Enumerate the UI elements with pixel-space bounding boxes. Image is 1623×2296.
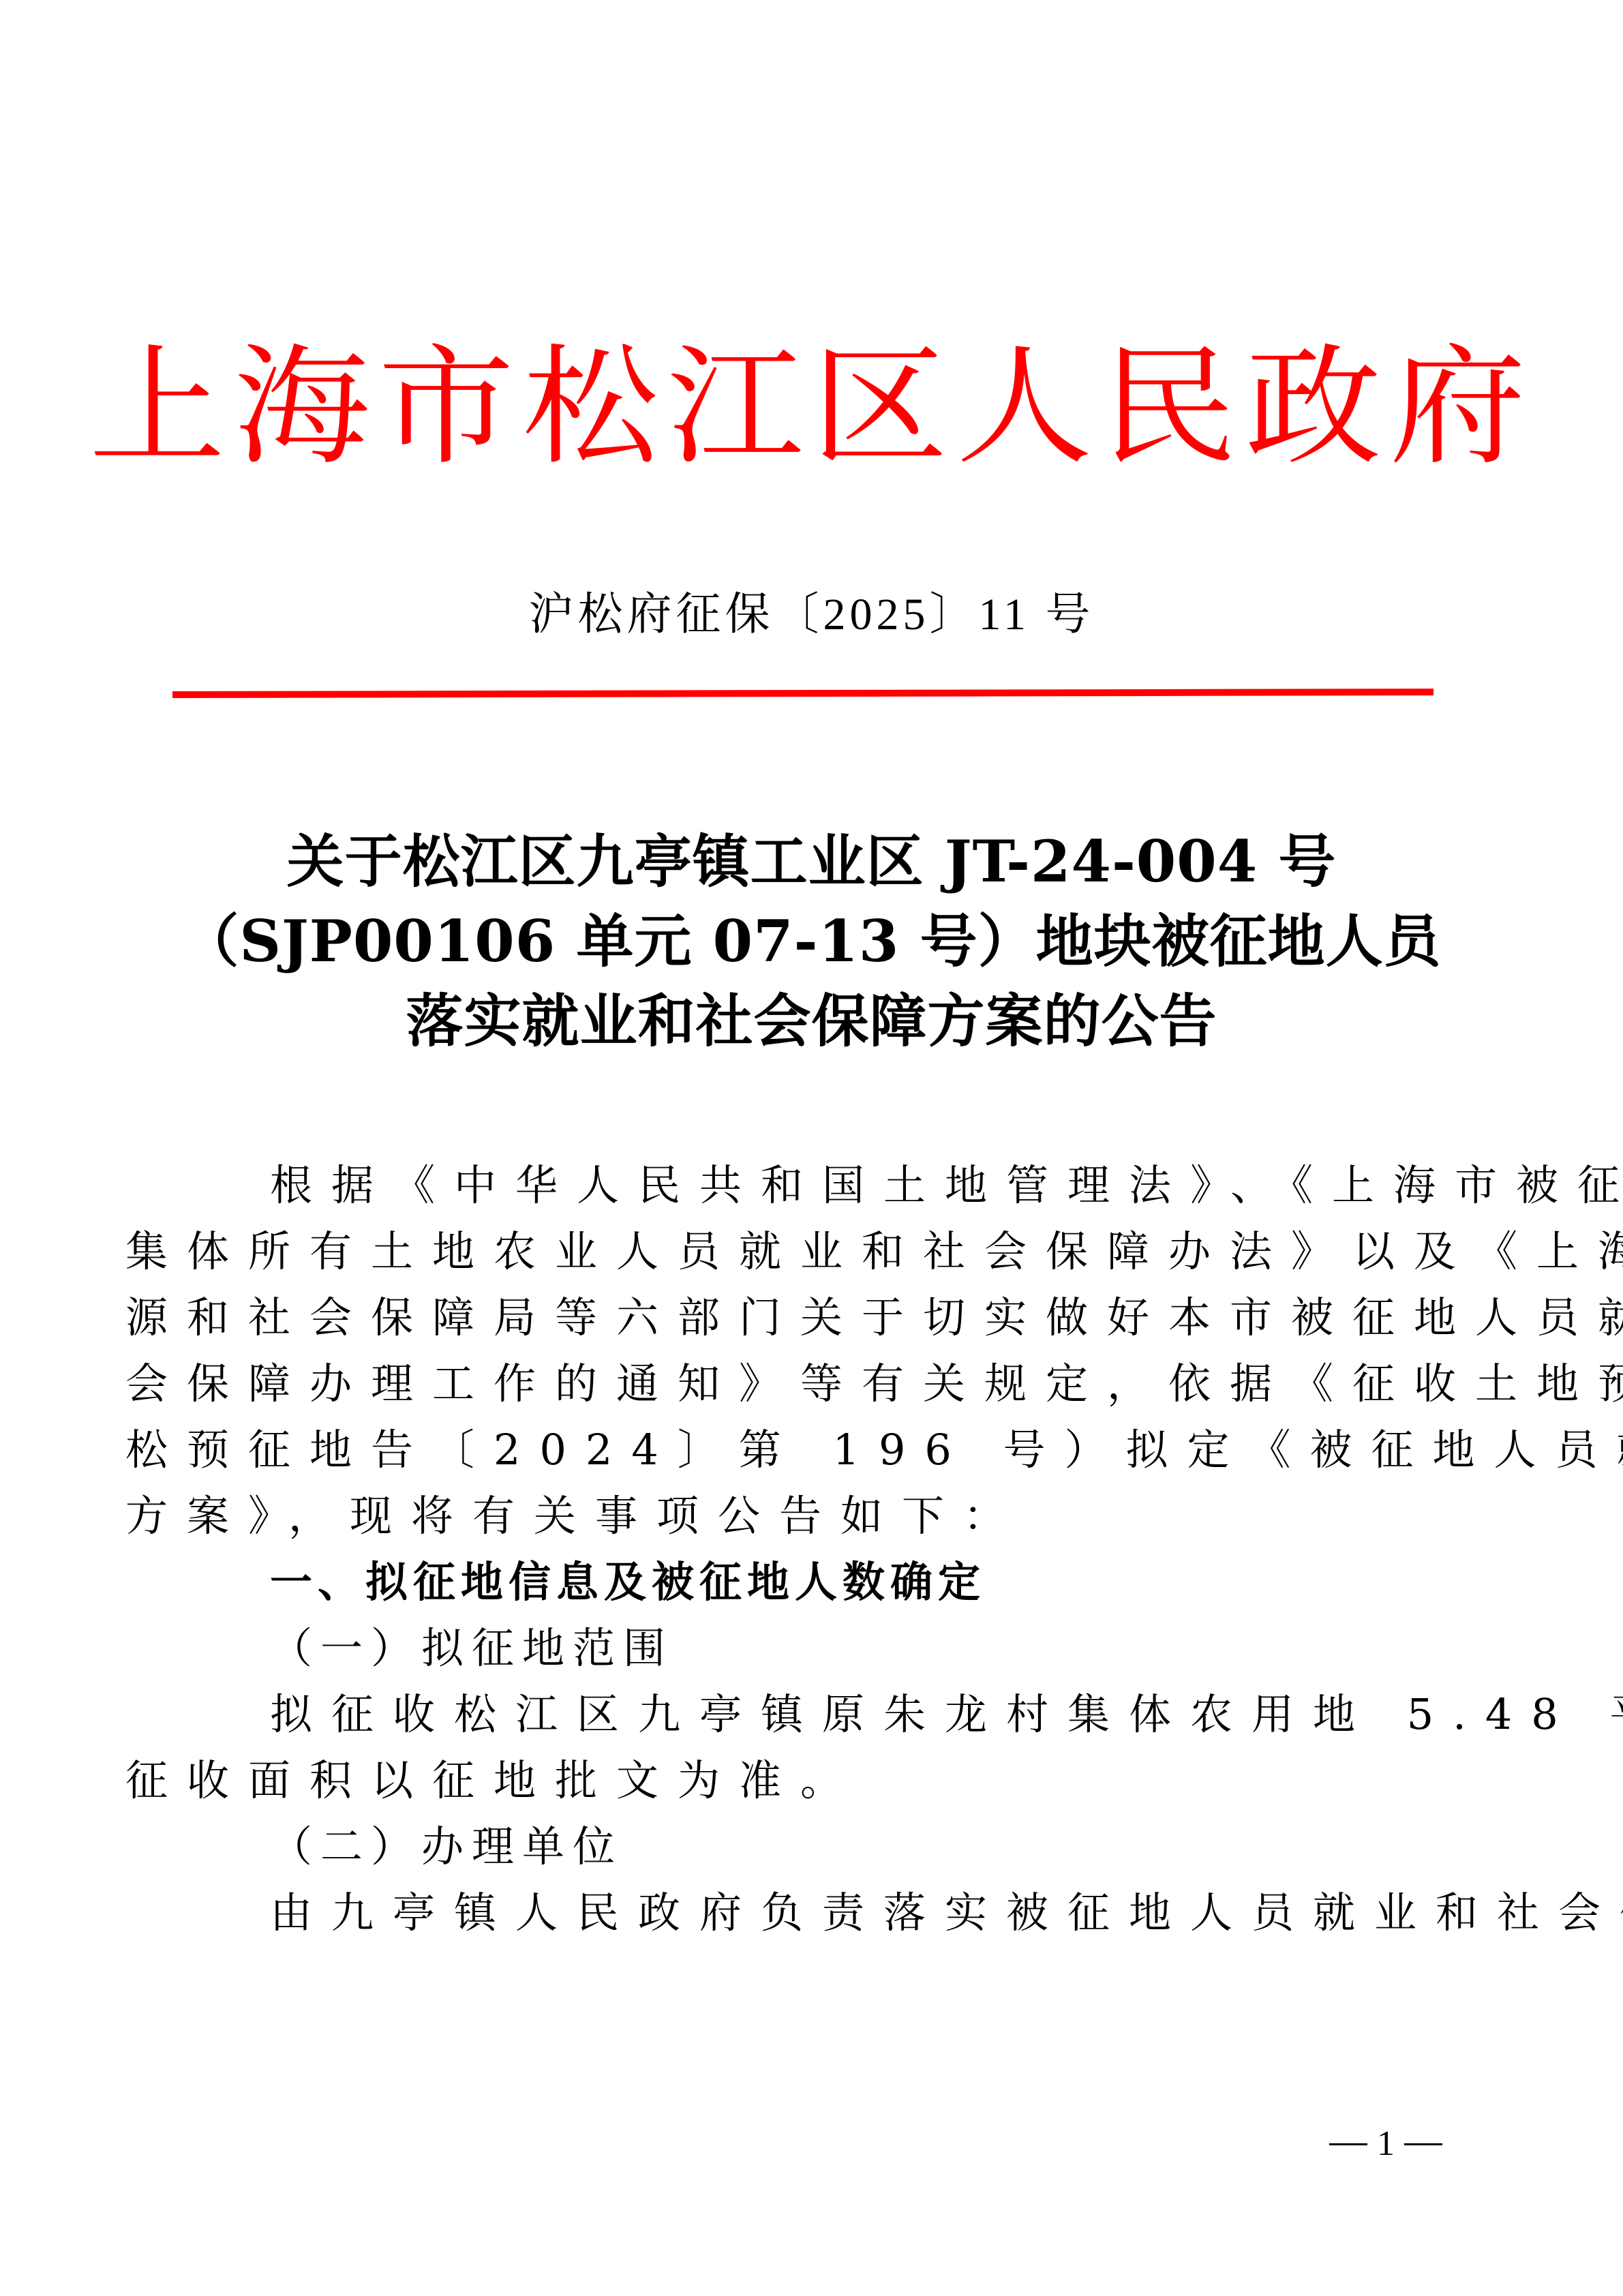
notice-title: 关于松江区九亭镇工业区 JT-24-004 号 （SJP00106 单元 07-… (0, 821, 1623, 1061)
intro-paragraph: 根据《中华人民共和国土地管理法》、《上海市被征收地农民 集体所有土地农业人员就业… (270, 1152, 1449, 1549)
page-number: 1 (1329, 2124, 1442, 2164)
section-heading: 一、拟征地信息及被征地人数确定 (270, 1549, 1449, 1615)
body-line: 由九亭镇人民政府负责落实被征地人员就业和社会保障。 (270, 1879, 1449, 1946)
body-line: 会保障办理工作的通知》等有关规定，依据《征收土地预公告》（沪 (125, 1350, 1449, 1417)
subsection-heading: （一）拟征地范围 (270, 1615, 1449, 1681)
issuer-masthead: 上海市松江区人民政府 (0, 325, 1623, 494)
page-dash-left (1329, 2143, 1367, 2145)
document-number: 沪松府征保〔2025〕11 号 (0, 581, 1623, 649)
document-page: 上海市松江区人民政府 沪松府征保〔2025〕11 号 关于松江区九亭镇工业区 J… (0, 0, 1623, 2296)
body-line: 源和社会保障局等六部门关于切实做好本市被征地人员就业和社 (125, 1284, 1449, 1350)
body-line: 拟征收松江区九亭镇原朱龙村集体农用地 5.48 平方米。实际 (270, 1681, 1449, 1747)
title-line-2: （SJP00106 单元 07-13 号）地块被征地人员 (0, 901, 1623, 981)
page-dash-right (1404, 2143, 1442, 2145)
body-line: 征收面积以征地批文为准。 (125, 1747, 1449, 1813)
body-line: 松预征地告〔2024〕第 196 号）拟定《被征地人员就业和社会保障 (125, 1417, 1449, 1483)
subsection-1: （一）拟征地范围 拟征收松江区九亭镇原朱龙村集体农用地 5.48 平方米。实际 … (270, 1615, 1449, 1813)
section-1: 一、拟征地信息及被征地人数确定 (270, 1549, 1449, 1615)
body-line: 集体所有土地农业人员就业和社会保障办法》以及《上海市人力资 (125, 1218, 1449, 1284)
title-line-3: 落实就业和社会保障方案的公告 (0, 981, 1623, 1061)
title-line-1: 关于松江区九亭镇工业区 JT-24-004 号 (0, 821, 1623, 901)
subsection-2: （二）办理单位 由九亭镇人民政府负责落实被征地人员就业和社会保障。 (270, 1813, 1449, 1946)
page-number-value: 1 (1377, 2124, 1395, 2164)
subsection-heading: （二）办理单位 (270, 1813, 1449, 1879)
red-separator-rule (172, 689, 1434, 698)
body-line: 方案》，现将有关事项公告如下： (125, 1483, 1449, 1549)
body-line: 根据《中华人民共和国土地管理法》、《上海市被征收地农民 (270, 1152, 1449, 1218)
